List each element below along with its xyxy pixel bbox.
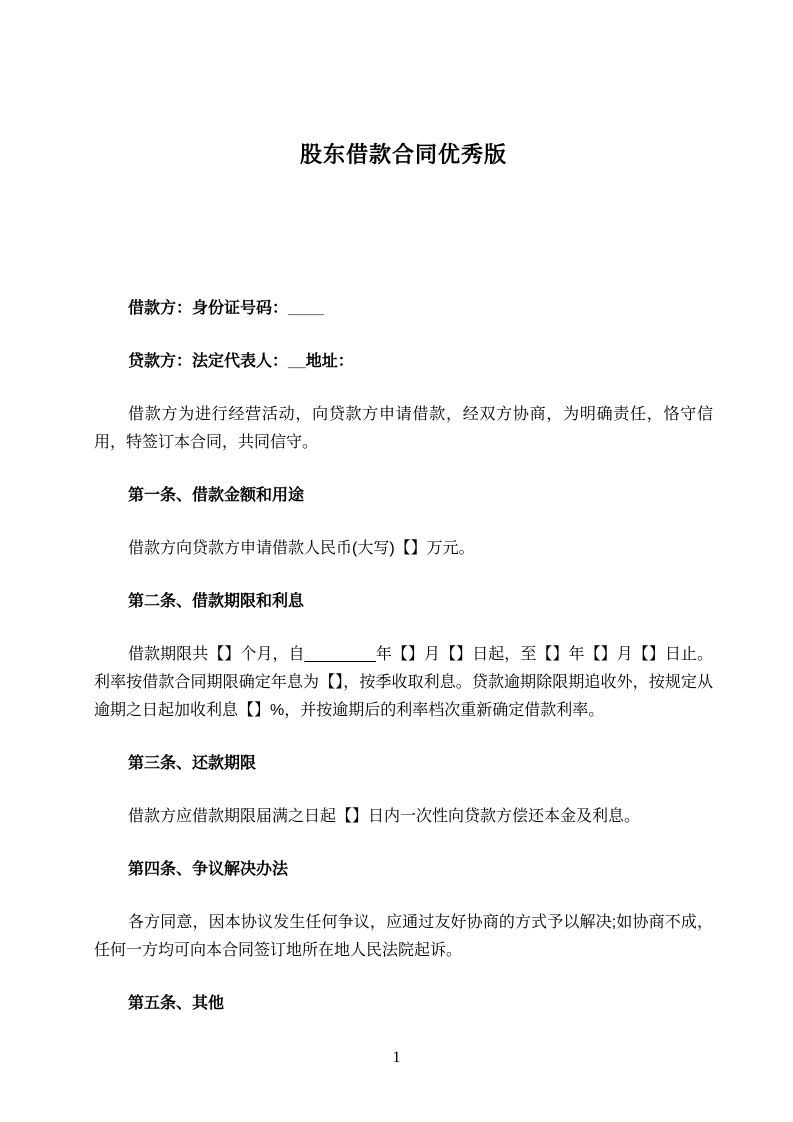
section-2-body: 借款期限共【】个月，自________年【】月【】日起，至【】年【】月【】日止。… xyxy=(94,641,713,725)
section-1-heading: 第一条、借款金额和用途 xyxy=(94,482,713,510)
party-line-lender: 贷款方：法定代表人：__地址： xyxy=(94,348,713,376)
section-4-body: 各方同意，因本协议发生任何争议，应通过友好协商的方式予以解决;如协商不成，任何一… xyxy=(94,909,713,965)
section-4-heading: 第四条、争议解决办法 xyxy=(94,856,713,884)
section-5-heading: 第五条、其他 xyxy=(94,990,713,1018)
contract-content: 股东借款合同优秀版 借款方：身份证号码：____ 贷款方：法定代表人：__地址：… xyxy=(94,140,713,1043)
section-3-heading: 第三条、还款期限 xyxy=(94,750,713,778)
party-line-borrower: 借款方：身份证号码：____ xyxy=(94,295,713,323)
section-3-body: 借款方应借款期限届满之日起【】日内一次性向贷款方偿还本金及利息。 xyxy=(94,803,713,831)
preamble-paragraph: 借款方为进行经营活动，向贷款方申请借款，经双方协商，为明确责任，恪守信用，特签订… xyxy=(94,401,713,457)
page-number: 1 xyxy=(0,1048,793,1068)
document-title-text: 股东借款合同优秀版 xyxy=(300,142,507,167)
section-1-body: 借款方向贷款方申请借款人民币(大写)【】万元。 xyxy=(94,535,713,563)
contract-page: 股东借款合同优秀版 借款方：身份证号码：____ 贷款方：法定代表人：__地址：… xyxy=(0,0,793,1122)
section-2-heading: 第二条、借款期限和利息 xyxy=(94,588,713,616)
document-title: 股东借款合同优秀版 xyxy=(94,140,713,170)
